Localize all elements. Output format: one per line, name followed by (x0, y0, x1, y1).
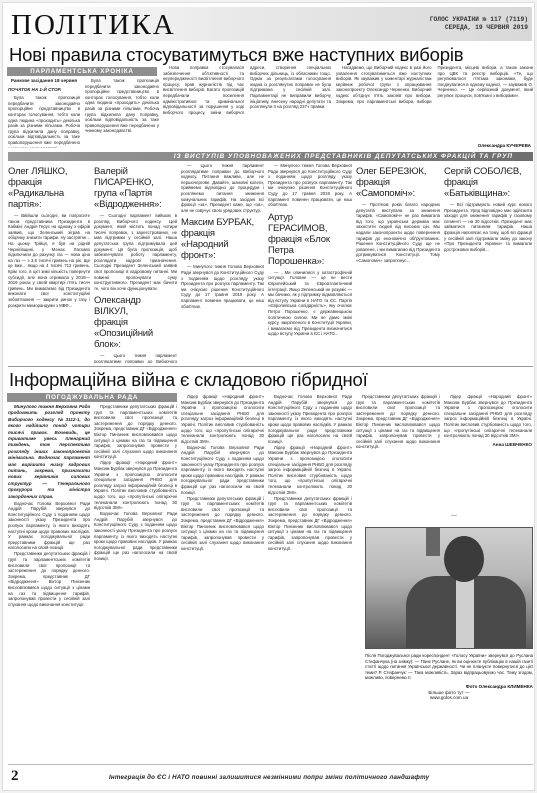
article2-col1: Минулого тижня Верховна Рада продовжить … (8, 404, 90, 762)
article2-author: Анна ШЕВЧЕНКО (444, 442, 532, 448)
article2-paragraph: Лідер фракції «Народний фронт» Максим Бу… (444, 394, 532, 439)
article2-paragraph: Представники депутатських фракцій і груп… (268, 496, 352, 552)
speech-text: — Цього тижня парламент розглядатиме поп… (94, 353, 177, 363)
article1-paragraph: Нагадаємо, що Виборчий кодекс в разі йог… (336, 65, 533, 104)
article2-paragraph: Водночас Голова Верховної Ради Андрій Па… (181, 445, 264, 495)
article1-headline: Нові правила стосуватимуться вже наступн… (9, 44, 463, 66)
footer-divider (8, 764, 533, 765)
band-faction-speeches: ІЗ ВИСТУПІВ УПОВНОВАЖЕНИХ ПРЕДСТАВНИКІВ … (8, 152, 533, 161)
speech-text: — Ввійшли сьогодні, ви попросите також п… (8, 213, 90, 308)
article1-paragraph: Нова поправка стосувалася забезпечення о… (163, 65, 331, 115)
article2-paragraph: Лідер фракції «Народний фронт» Максим Бу… (268, 445, 352, 495)
article1-paragraph: Була також пропозиція передбачити законо… (85, 78, 159, 134)
section-break-mark: *** (444, 515, 464, 523)
speech-col5: Олег БЕРЕЗЮК,фракція «Самопоміч»: — Прот… (356, 163, 440, 363)
article2-lead: Минулого тижня Верховна Рада продовжить … (8, 404, 90, 500)
article2-paragraph: Водночас Голова Верховної Ради Андрій Па… (8, 501, 90, 551)
speaker-name: Олег ЛЯШКО,фракція «Радикальна партія»: (8, 166, 90, 210)
session-label: Ранкове засідання 18 червня (8, 78, 80, 84)
article2-paragraph: Представники депутатських фракцій і груп… (94, 404, 177, 460)
article2-headline: Інформаційна війна є складовою гібридної (9, 369, 368, 391)
page-number: 2 (11, 768, 19, 785)
article2-col2: Представники депутатських фракцій і груп… (94, 404, 177, 762)
speaker-name: Максим БУРБАК,фракція «Народний фронт»: (181, 217, 264, 261)
article2-paragraph: Водночас Голова Верховної Ради Андрій Па… (268, 394, 352, 444)
caption-text: Після Погоджувальної ради кореспондент «… (365, 653, 533, 681)
article2-col5-continued (356, 527, 363, 762)
section-title: ПОЛІТИКА (11, 9, 176, 42)
photo-figure-shirt (456, 578, 474, 649)
article1-author: Олександра КУЧЕРЕВА (433, 143, 531, 148)
speech-col1: Олег ЛЯШКО,фракція «Радикальна партія»: … (8, 163, 90, 363)
article2-paragraph: Лідер фракції «Народний фронт» Максим Бу… (94, 460, 177, 510)
photo-figure-head (444, 536, 484, 582)
article2-col4: Водночас Голова Верховної Ради Андрій Па… (268, 394, 352, 762)
speech-text: — Всі підтримують новий курс нового През… (444, 202, 532, 252)
article2-col3: Лідер фракції «Народний фронт» Максим Бу… (181, 394, 264, 762)
speaker-name: Сергій СОБОЛЄВ,фракція «Батьківщина»: (444, 166, 532, 199)
speech-text: — Минулого тижня Голова Верховної Ради з… (268, 163, 352, 208)
newspaper-issue: ГОЛОС УКРАЇНИ № 117 (7119) (430, 16, 528, 24)
speech-text: — Сьогодні парламент вийшов в розгляд Ви… (94, 213, 177, 291)
speech-col3: — Цього тижня парламент розглядатиме поп… (181, 163, 264, 363)
masthead: ПОЛІТИКА ГОЛОС УКРАЇНИ № 117 (7119) СЕРЕ… (7, 7, 532, 41)
speaker-name: Артур ГЕРАСИМОВ,фракція «Блок Петра Поро… (268, 212, 352, 267)
rubric-coordination-council: ПОГОДЖУВАЛЬНА РАДА (7, 393, 177, 402)
speech-text: — ...Ми опинилися у катастрофічній ситуа… (268, 270, 352, 337)
speech-col2: Валерій ПИСАРЕНКО,група «Партія «Відродж… (94, 163, 177, 363)
article2-col6: Лідер фракції «Народний фронт» Максим Бу… (444, 394, 532, 512)
issue-date: СЕРЕДА, 19 ЧЕРВНЯ 2019 (430, 24, 528, 32)
photo-caption: Після Погоджувальної ради кореспондент «… (365, 653, 533, 701)
speech-text: — Цього тижня парламент розглядатиме поп… (181, 163, 264, 213)
speech-col6: Сергій СОБОЛЄВ,фракція «Батьківщина»: — … (444, 163, 532, 363)
speaker-name: Валерій ПИСАРЕНКО,група «Партія «Відродж… (94, 166, 177, 210)
article1-col3-4: Нова поправка стосувалася забезпечення о… (163, 65, 331, 148)
website-link[interactable]: www.golos.com.ua (365, 695, 533, 701)
speech-col4: — Минулого тижня Голова Верховної Ради з… (268, 163, 352, 363)
footer-slogan: Інтеграція до ЄС і НАТО повинні залишити… (109, 774, 429, 781)
speech-text: — Протягом років багато народних депутат… (356, 202, 440, 264)
speaker-name: Олександр ВІЛКУЛ,фракція «Опозиційний бл… (94, 295, 177, 350)
article2-paragraph: Представники депутатських фракцій і груп… (8, 551, 90, 607)
article1-col2: Була також пропозиція передбачити законо… (85, 78, 159, 148)
continued-from: ПОЧАТОК НА 1-Й СТОР. (8, 87, 80, 93)
article1-col5-6: Нагадаємо, що Виборчий кодекс в разі йог… (336, 65, 533, 141)
article2-paragraph: Лідер фракції «Народний фронт» Максим Бу… (181, 394, 264, 444)
article2-paragraph: Водночас Голова Верховної Ради Андрій Па… (94, 511, 177, 561)
article2-paragraph: Представники депутатських фракцій і груп… (181, 496, 264, 552)
newspaper-page: ПОЛІТИКА ГОЛОС УКРАЇНИ № 117 (7119) СЕРЕ… (2, 2, 535, 791)
photo-speaker (365, 527, 533, 649)
speaker-name: Олег БЕРЕЗЮК,фракція «Самопоміч»: (356, 166, 440, 199)
rubric-parliament-chronicle: ПАРЛАМЕНТСЬКА ХРОНІКА (7, 67, 157, 76)
article2-paragraph: Представники депутатських фракцій і груп… (356, 394, 440, 450)
article2-col5: Представники депутатських фракцій і груп… (356, 394, 440, 524)
photo-flag (426, 528, 440, 556)
section-divider (8, 366, 533, 367)
speech-text: — Минулого тижня Голова Верховної Ради з… (181, 264, 264, 309)
issue-info: ГОЛОС УКРАЇНИ № 117 (7119) СЕРЕДА, 19 ЧЕ… (430, 16, 528, 32)
article1-paragraph: Була також пропозиція передбачити законо… (8, 95, 80, 148)
article1-col1: Ранкове засідання 18 червня ПОЧАТОК НА 1… (8, 78, 80, 148)
